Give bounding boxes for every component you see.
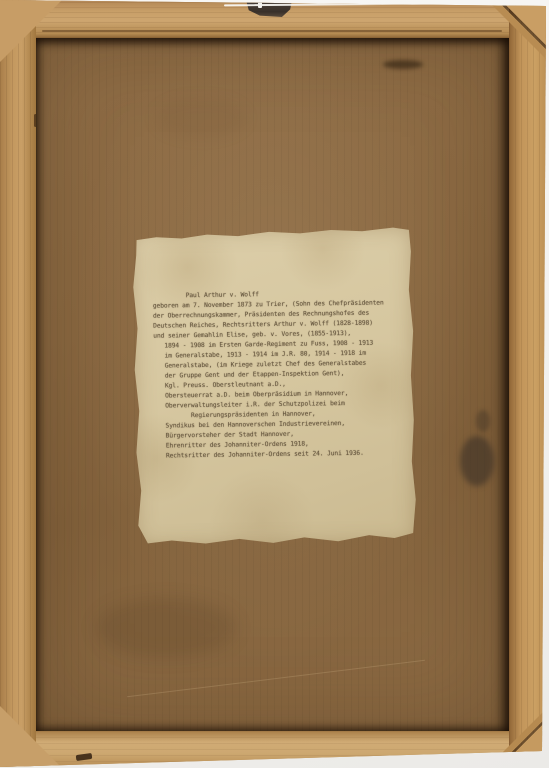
- wood-crack-line: [42, 30, 502, 32]
- picture-frame-back: Paul Arthur v. Wolff geboren am 7. Novem…: [0, 0, 549, 768]
- frame-left-rail: [0, 0, 36, 768]
- stain-mark: [383, 60, 423, 69]
- frame-bottom-rail: [0, 731, 549, 768]
- photo-background: Paul Arthur v. Wolff geboren am 7. Novem…: [0, 0, 549, 768]
- paper-label: Paul Arthur v. Wolff geboren am 7. Novem…: [131, 226, 417, 548]
- stain-mark: [156, 98, 246, 138]
- hanging-wire-hook: [258, 0, 262, 8]
- backing-board: Paul Arthur v. Wolff geboren am 7. Novem…: [36, 38, 509, 731]
- stain-mark: [476, 410, 490, 432]
- scratch-mark: [127, 660, 425, 698]
- stain-mark: [460, 436, 494, 486]
- frame-right-rail: [509, 0, 549, 768]
- stain-mark: [96, 598, 236, 658]
- label-text: Paul Arthur v. Wolff geboren am 7. Novem…: [153, 288, 386, 461]
